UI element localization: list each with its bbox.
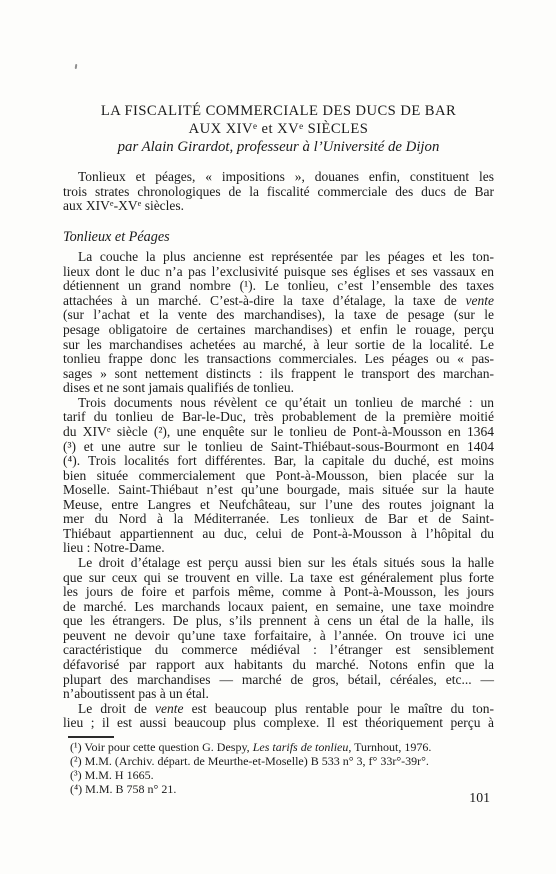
text-line: sages » sont nettement distincts : ils f… [63, 367, 494, 382]
text-line: défavorisé par rapport aux habitants du … [63, 658, 494, 673]
text-line: Moselle. Saint-Thiébaut n’est qu’une bou… [63, 483, 494, 498]
paragraph: Le droit d’étalage est perçu aussi bien … [63, 556, 494, 702]
superscript-text: e [138, 199, 142, 208]
text-line: que sur ceux qui se trouvent en ville. L… [63, 571, 494, 586]
italic-text: vente [466, 293, 494, 308]
text-line: tarif du tonlieu de Bar-le-Duc, très pro… [63, 410, 494, 425]
italic-text: vente [155, 701, 183, 716]
superscript-text: e [107, 425, 111, 434]
text-line: (sur l’achat et la vente des marchandise… [63, 308, 494, 323]
footnote-line: (¹) Voir pour cette question G. Despy, L… [70, 740, 494, 754]
text-line: Trois documents nous révèlent ce qu’étai… [63, 396, 494, 411]
footnote-line: (²) M.M. (Archiv. départ. de Meurthe-et-… [70, 754, 494, 768]
text-line: pesage obligatoire de certaines marchand… [63, 323, 494, 338]
footnote-separator-rule [68, 736, 114, 738]
text-line: tonlieu frappe donc les transactions com… [63, 352, 494, 367]
text-line: bien située commercialement que Pont-à-M… [63, 469, 494, 484]
text-line: que les étrangers. De plus, s’ils prenne… [63, 614, 494, 629]
text-line: sur les marchandises achetées au marché,… [63, 338, 494, 353]
text-line: La couche la plus ancienne est représent… [63, 250, 494, 265]
section-heading: Tonlieux et Péages [63, 230, 494, 245]
paragraph: Trois documents nous révèlent ce qu’étai… [63, 396, 494, 556]
text-line: Thiébaut appartiennent au duc, celui de … [63, 527, 494, 542]
italic-text: Les tarifs de tonlieu [253, 740, 349, 754]
page-content: LA FISCALITÉ COMMERCIALE DES DUCS DE BAR… [63, 0, 494, 806]
superscript-text: e [110, 199, 114, 208]
paragraph: Tonlieux et péages, « impositions », dou… [63, 170, 494, 214]
paragraph: Le droit de vente est beaucoup plus rent… [63, 702, 494, 731]
scanned-document-page: LA FISCALITÉ COMMERCIALE DES DUCS DE BAR… [0, 0, 556, 874]
text-line: dises et ne sont jamais qualifiés de ton… [63, 381, 494, 396]
text-line: n’aboutissent pas à un étal. [63, 687, 494, 702]
text-line: lieu : Notre-Dame. [63, 541, 494, 556]
text-line: de marché. Les marchands locaux paient, … [63, 600, 494, 615]
article-title-line2: AUX XIVe et XVe SIÈCLES [63, 120, 494, 138]
text-line: mer du Nord à la Méditerranée. Les tonli… [63, 512, 494, 527]
text-line: peuvent ne devoir qu’une taxe forfaitair… [63, 629, 494, 644]
text-line: (³) et une autre sur le tonlieu de Saint… [63, 440, 494, 455]
text-line: les jours de foire et parfois même, comm… [63, 585, 494, 600]
text-line: lieux dont le duc n’a pas l’exclusivité … [63, 265, 494, 280]
text-line: Le droit d’étalage est perçu aussi bien … [63, 556, 494, 571]
text-line: (⁴). Trois localités fort différentes. B… [63, 454, 494, 469]
text-line: détiennent un grand nombre (¹). Le tonli… [63, 279, 494, 294]
text-line: attachées à un marché. C’est-à-dire la t… [63, 294, 494, 309]
superscript-text: e [253, 121, 257, 131]
text-line: lieu ; il est aussi beaucoup plus comple… [63, 716, 494, 731]
article-body: Tonlieux et péages, « impositions », dou… [63, 170, 494, 731]
text-line: trois strates chronologiques de la fisca… [63, 185, 494, 200]
article-byline: par Alain Girardot, professeur à l’Unive… [63, 138, 494, 156]
text-line: Meuse, entre Langres et Neufchâteau, sur… [63, 498, 494, 513]
article-title-line1: LA FISCALITÉ COMMERCIALE DES DUCS DE BAR [63, 103, 494, 120]
text-line: caractéristique du commerce médiéval : l… [63, 643, 494, 658]
footnote-line: (³) M.M. H 1665. [70, 768, 494, 782]
text-line: plupart des marchandises — marché de gro… [63, 673, 494, 688]
text-line: du XIVe siècle (²), une enquête sur le t… [63, 425, 494, 440]
text-line: aux XIVe-XVe siècles. [63, 199, 494, 214]
text-line: Le droit de vente est beaucoup plus rent… [63, 702, 494, 717]
paragraph: La couche la plus ancienne est représent… [63, 250, 494, 396]
superscript-text: e [299, 121, 303, 131]
text-line: Tonlieux et péages, « impositions », dou… [63, 170, 494, 185]
footnotes-block: (¹) Voir pour cette question G. Despy, L… [63, 740, 494, 796]
